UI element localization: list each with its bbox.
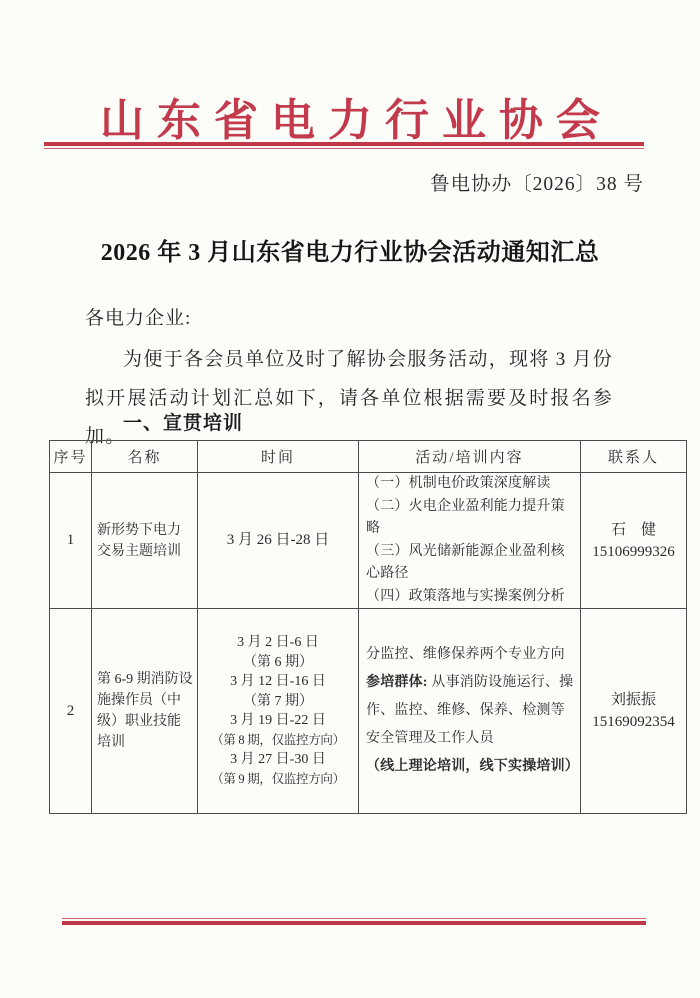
page-title: 2026 年 3 月山东省电力行业协会活动通知汇总 <box>0 232 700 267</box>
text-line: 3 月 12 日-16 日 <box>198 672 358 692</box>
text-line: 3 月 27 日-30 日 <box>198 750 358 770</box>
content-item-list: （一）机制电价政策深度解读（二）火电企业盈利能力提升策略（三）风光储新能源企业盈… <box>366 473 576 608</box>
text-line: 3 月 2 日-6 日 <box>198 633 358 653</box>
col-header-index: 序号 <box>50 441 92 473</box>
col-header-contact: 联系人 <box>581 441 687 473</box>
col-header-content: 活动/培训内容 <box>359 441 581 473</box>
text-line: 3 月 26 日-28 日 <box>198 530 358 551</box>
text-line: （四）政策落地与实操案例分析 <box>366 586 576 609</box>
content-note: （线上理论培训，线下实操培训） <box>366 753 576 781</box>
table-row: 1 新形势下电力交易主题培训 3 月 26 日-28 日 （一）机制电价政策深度… <box>50 473 687 609</box>
rule-thick-line <box>44 142 644 146</box>
text-line: （三）风光储新能源企业盈利核心路径 <box>366 541 576 586</box>
cell-row-index: 1 <box>50 473 92 609</box>
header-double-rule <box>44 142 644 149</box>
col-header-time: 时间 <box>198 441 359 473</box>
cell-training-name: 新形势下电力交易主题培训 <box>92 473 198 609</box>
col-header-name: 名称 <box>92 441 198 473</box>
cell-contact: 刘振振 15169092354 <box>581 609 687 814</box>
table-row: 2 第 6-9 期消防设施操作员（中级）职业技能培训 3 月 2 日-6 日（第… <box>50 609 687 814</box>
content-text: 分监控、维修保养两个专业方向 参培群体: 从事消防设施运行、操作、监控、维修、保… <box>366 641 576 781</box>
text-line: （第 7 期） <box>198 692 358 712</box>
document-page: 山东省电力行业协会 鲁电协办〔2026〕38 号 2026 年 3 月山东省电力… <box>0 0 700 998</box>
section-heading: 一、宣贯培训 <box>123 408 243 435</box>
contact-phone: 15106999326 <box>581 541 686 563</box>
table-header-row: 序号 名称 时间 活动/培训内容 联系人 <box>50 441 687 473</box>
contact-phone: 15169092354 <box>581 711 686 733</box>
text-line: （二）火电企业盈利能力提升策略 <box>366 496 576 541</box>
rule-thin-line <box>62 918 646 919</box>
rule-thick-line <box>62 921 646 925</box>
cell-training-name: 第 6-9 期消防设施操作员（中级）职业技能培训 <box>92 609 198 814</box>
text-line: （一）机制电价政策深度解读 <box>366 473 576 496</box>
content-intro: 分监控、维修保养两个专业方向 <box>366 641 576 669</box>
cell-training-time: 3 月 26 日-28 日 <box>198 473 359 609</box>
cell-training-content: （一）机制电价政策深度解读（二）火电企业盈利能力提升策略（三）风光储新能源企业盈… <box>359 473 581 609</box>
contact-name: 石 健 <box>581 519 686 541</box>
cell-training-content: 分监控、维修保养两个专业方向 参培群体: 从事消防设施运行、操作、监控、维修、保… <box>359 609 581 814</box>
cell-training-time: 3 月 2 日-6 日（第 6 期）3 月 12 日-16 日（第 7 期）3 … <box>198 609 359 814</box>
time-lines: 3 月 2 日-6 日（第 6 期）3 月 12 日-16 日（第 7 期）3 … <box>198 633 358 789</box>
cell-contact: 石 健 15106999326 <box>581 473 687 609</box>
cell-row-index: 2 <box>50 609 92 814</box>
time-lines: 3 月 26 日-28 日 <box>198 530 358 551</box>
salutation: 各电力企业: <box>85 306 191 332</box>
content-audience: 参培群体: 从事消防设施运行、操作、监控、维修、保养、检测等安全管理及工作人员 <box>366 669 576 753</box>
text-line: （第 6 期） <box>198 653 358 673</box>
audience-label: 参培群体: <box>366 675 428 690</box>
org-title: 山东省电力行业协会 <box>0 84 700 148</box>
text-line: （第 9 期，仅监控方向） <box>198 770 358 790</box>
doc-number: 鲁电协办〔2026〕38 号 <box>430 168 644 196</box>
training-schedule-table: 序号 名称 时间 活动/培训内容 联系人 1 新形势下电力交易主题培训 3 月 … <box>49 440 687 814</box>
contact-name: 刘振振 <box>581 689 686 711</box>
text-line: 3 月 19 日-22 日 <box>198 711 358 731</box>
text-line: （第 8 期，仅监控方向） <box>198 731 358 751</box>
footer-double-rule <box>62 918 646 925</box>
rule-thin-line <box>44 148 644 149</box>
